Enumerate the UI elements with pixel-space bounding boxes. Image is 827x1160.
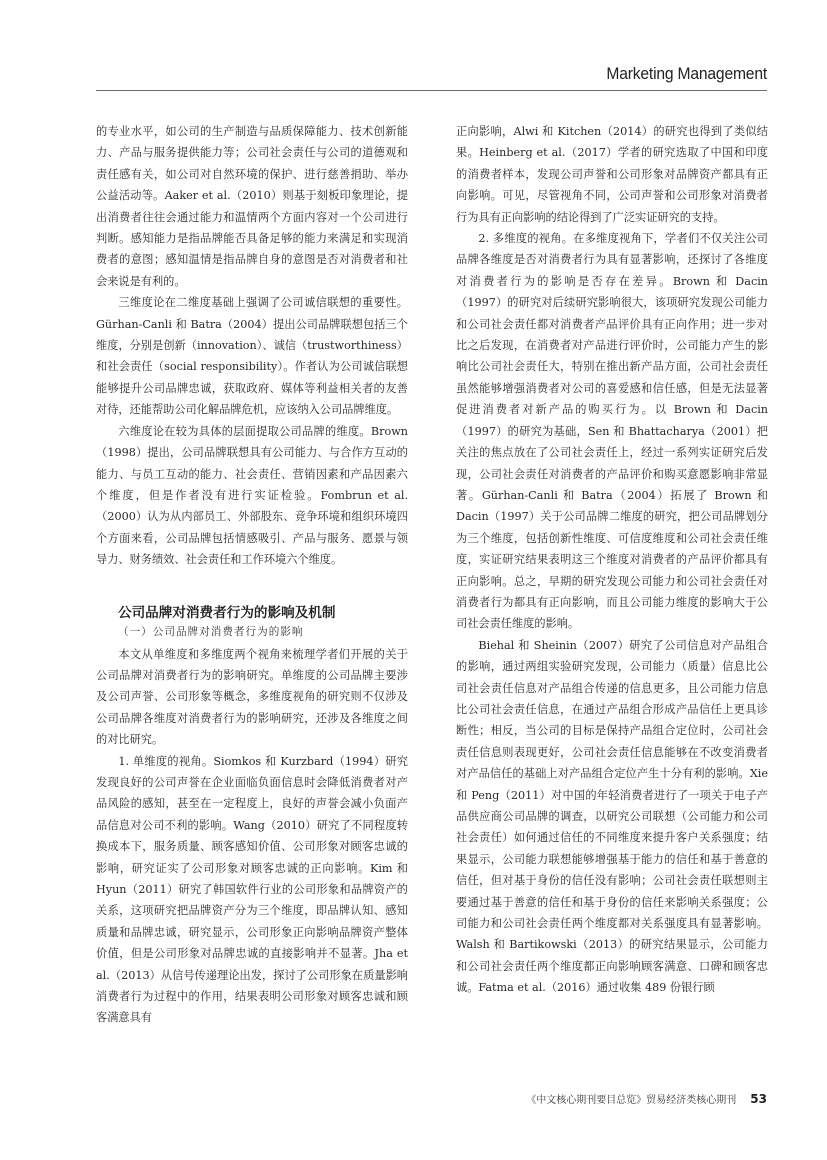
header-rule (96, 90, 767, 91)
body-paragraph: 正向影响，Alwi 和 Kitchen（2014）的研究也得到了类似结果。Hei… (456, 121, 768, 228)
body-paragraph: Biehal 和 Sheinin（2007）研究了公司信息对产品组合的影响，通过… (456, 635, 768, 999)
journal-note: 《中文核心期刊要目总览》贸易经济类核心期刊 (526, 1095, 736, 1106)
left-column: 的专业水平，如公司的生产制造与品质保障能力、技术创新能力、产品与服务提供能力等；… (96, 121, 408, 1029)
sub-heading: （一）公司品牌对消费者行为的影响 (118, 623, 408, 642)
body-paragraph: 2. 多维度的视角。在多维度视角下，学者们不仅关注公司品牌各维度是否对消费者行为… (456, 228, 768, 635)
page-footer: 《中文核心期刊要目总览》贸易经济类核心期刊53 (456, 1091, 767, 1106)
right-column: 正向影响，Alwi 和 Kitchen（2014）的研究也得到了类似结果。Hei… (456, 121, 768, 999)
section-heading: 公司品牌对消费者行为的影响及机制 (118, 603, 408, 623)
page-number: 53 (750, 1092, 767, 1106)
body-paragraph: 1. 单维度的视角。Siomkos 和 Kurzbard（1994）研究发现良好… (96, 751, 408, 1029)
body-paragraph: 六维度论在较为具体的层面提取公司品牌的维度。Brown（1998）提出，公司品牌… (96, 421, 408, 571)
body-paragraph: 本文从单维度和多维度两个视角来梳理学者们开展的关于公司品牌对消费者行为的影响研究… (96, 644, 408, 751)
section-spacer (96, 571, 408, 603)
body-paragraph: 三维度论在二维度基础上强调了公司诚信联想的重要性。Gürhan-Canli 和 … (96, 292, 408, 420)
running-header-title: Marketing Management (150, 64, 767, 84)
body-paragraph: 的专业水平，如公司的生产制造与品质保障能力、技术创新能力、产品与服务提供能力等；… (96, 121, 408, 292)
